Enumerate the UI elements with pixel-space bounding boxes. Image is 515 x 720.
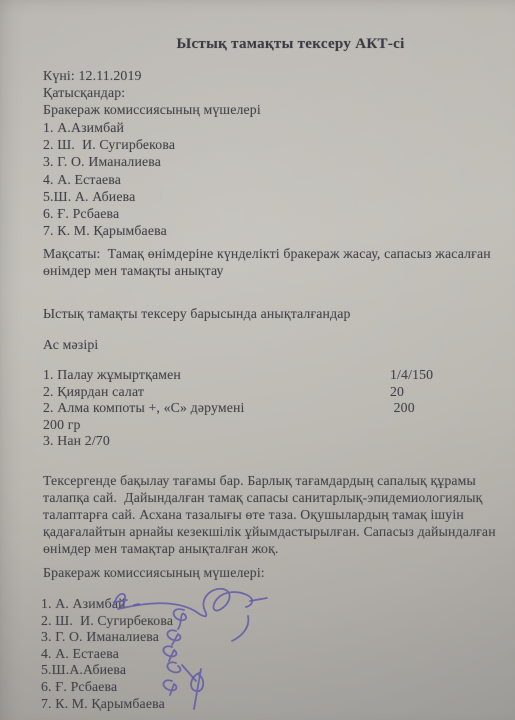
menu-row: 200 гр <box>43 417 475 434</box>
participant-name: 7. К. М. Қарымбаева <box>43 222 175 239</box>
act-document: Ыстық тамақты тексеру АКТ-сі Күні: 12.11… <box>0 0 515 720</box>
inspection-line: Тексергенде бақылау тағамы бар. Барлық т… <box>43 472 496 489</box>
inspection-line: өнімдер мен тамақтар анықталған жоқ. <box>43 540 496 557</box>
menu-item-portion: 200 <box>390 400 415 417</box>
document-photo: Ыстық тамақты тексеру АКТ-сі Күні: 12.11… <box>0 0 515 720</box>
menu-row: 2. Қиярдан салат 20 <box>43 384 475 401</box>
inspection-line: талаптарға сай. Асхана тазалығы өте таза… <box>43 506 496 523</box>
purpose-paragraph: Мақсаты: Тамақ өнімдеріне күнделікті бра… <box>43 245 491 279</box>
date-line: Күні: 12.11.2019 <box>43 67 142 84</box>
participant-name: 6. Ғ. Рсбаева <box>43 205 175 222</box>
purpose-line: өнімдер мен тамақты анықтау <box>43 262 491 279</box>
participant-name: 4. А. Естаева <box>43 171 175 188</box>
findings-heading: Ыстық тамақты тексеру барысында анықталғ… <box>43 305 351 322</box>
commission-label: Бракераж комиссиясының мүшелері <box>43 101 261 118</box>
participants-list: 1. А.Азимбай 2. Ш. И. Сугирбекова 3. Г. … <box>43 119 175 239</box>
inspection-line: қадағалайтын арнайы кезекшілік ұйымдасты… <box>43 523 496 540</box>
participant-name: 2. Ш. И. Сугирбекова <box>43 136 175 153</box>
participant-name: 3. Г. О. Иманалиева <box>43 153 175 170</box>
menu-item-name: 1. Палау жұмыртқамен <box>43 367 181 384</box>
inspection-line: талапқа сай. Дайындалған тамақ сапасы са… <box>43 489 496 506</box>
menu-row: 2. Алма компоты +, «С» дәрумені 200 <box>43 400 475 417</box>
menu-item-portion: 1/4/150 <box>390 367 433 384</box>
menu-item-name: 2. Қиярдан салат <box>43 384 144 401</box>
inspection-paragraph: Тексергенде бақылау тағамы бар. Барлық т… <box>43 472 496 557</box>
page-title: Ыстық тамақты тексеру АКТ-сі <box>66 36 515 53</box>
participant-name: 5.Ш. А. Абиева <box>43 188 175 205</box>
menu-item-name: 200 гр <box>43 417 81 434</box>
menu-label: Ас мәзірі <box>43 336 98 353</box>
purpose-line: Мақсаты: Тамақ өнімдеріне күнделікті бра… <box>43 245 491 262</box>
participant-name: 1. А.Азимбай <box>43 119 175 136</box>
menu-item-portion: 20 <box>390 384 404 401</box>
signatories-label: Бракераж комиссиясының мүшелері: <box>43 564 265 581</box>
menu-item-name: 2. Алма компоты +, «С» дәрумені <box>43 400 245 417</box>
handwritten-signatures-ink <box>100 580 280 718</box>
menu-row: 3. Нан 2/70 <box>43 433 475 450</box>
menu-row: 1. Палау жұмыртқамен 1/4/150 <box>43 367 475 384</box>
participants-label: Қатысқандар: <box>43 84 125 101</box>
menu-table: 1. Палау жұмыртқамен 1/4/150 2. Қиярдан … <box>43 367 475 450</box>
menu-item-name: 3. Нан 2/70 <box>43 433 110 450</box>
